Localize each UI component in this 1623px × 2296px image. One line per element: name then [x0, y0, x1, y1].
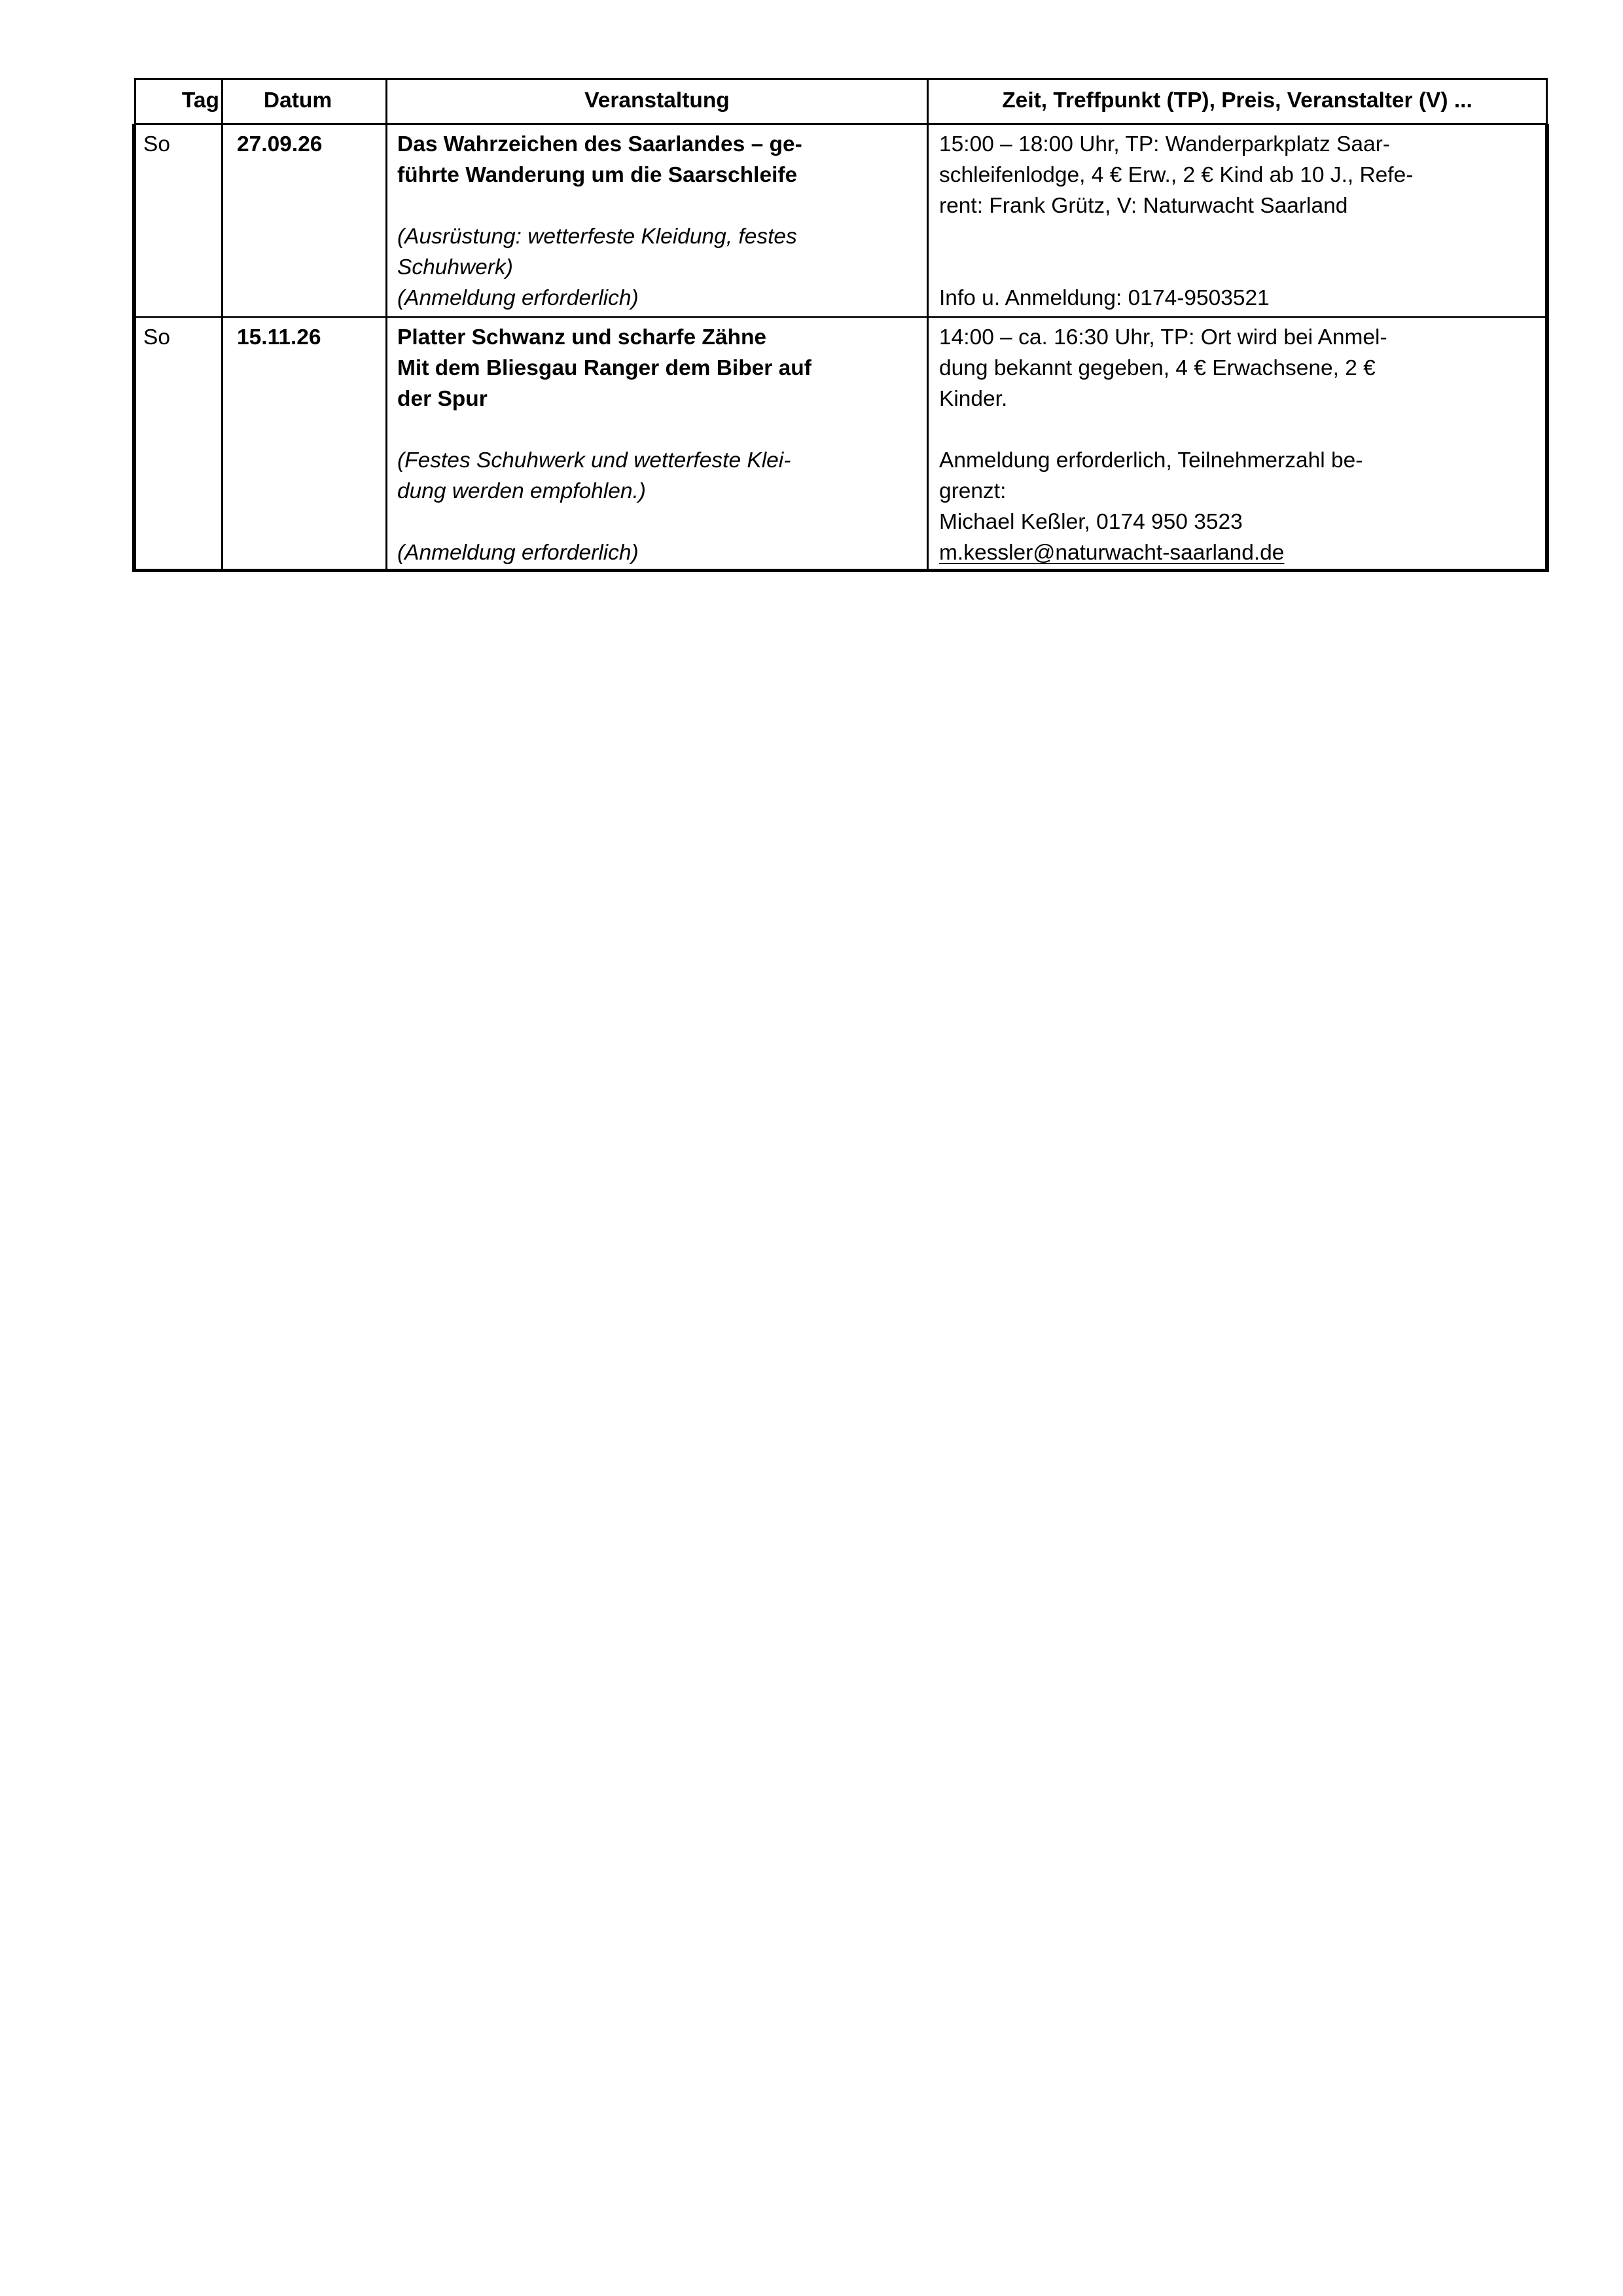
- cell-text-line: der Spur: [397, 384, 811, 414]
- col-divider-2: [385, 78, 387, 570]
- cell-details: 14:00 – ca. 16:30 Uhr, TP: Ort wird bei …: [939, 322, 1387, 568]
- cell-text-line: (Anmeldung erforderlich): [397, 537, 811, 568]
- blank-line: [939, 221, 1413, 252]
- blank-line: [397, 507, 811, 537]
- table-border-bottom: [132, 569, 1548, 572]
- cell-text-line: (Ausrüstung: wetterfeste Kleidung, feste…: [397, 221, 802, 252]
- cell-text-line: Anmeldung erforderlich, Teilnehmerzahl b…: [939, 445, 1387, 476]
- blank-line: [939, 252, 1413, 283]
- cell-text-line: schleifenlodge, 4 € Erw., 2 € Kind ab 10…: [939, 160, 1413, 190]
- header-tag: Tag: [160, 78, 219, 124]
- cell-text-line: dung werden empfohlen.): [397, 476, 811, 507]
- blank-line: [397, 190, 802, 221]
- cell-text-line: rent: Frank Grütz, V: Naturwacht Saarlan…: [939, 190, 1413, 221]
- header-datum: Datum: [223, 78, 372, 124]
- cell-text-line: grenzt:: [939, 476, 1387, 507]
- cell-text-line: Schuhwerk): [397, 252, 802, 283]
- table-border-left-header: [134, 78, 136, 125]
- cell-text-line: (Festes Schuhwerk und wetterfeste Klei-: [397, 445, 811, 476]
- cell-text-line: Michael Keßler, 0174 950 3523: [939, 507, 1387, 537]
- col-divider-3: [927, 78, 929, 570]
- document-page: Tag Datum Veranstaltung Zeit, Treffpunkt…: [0, 0, 1623, 2296]
- cell-event: Platter Schwanz und scharfe ZähneMit dem…: [397, 322, 811, 568]
- cell-details: 15:00 – 18:00 Uhr, TP: Wanderparkplatz S…: [939, 129, 1413, 314]
- cell-text-line: führte Wanderung um die Saarschleife: [397, 160, 802, 190]
- cell-text-line: Info u. Anmeldung: 0174-9503521: [939, 283, 1413, 314]
- blank-line: [397, 414, 811, 445]
- cell-text-line: Mit dem Bliesgau Ranger dem Biber auf: [397, 353, 811, 384]
- row-divider: [134, 316, 1548, 318]
- header-details: Zeit, Treffpunkt (TP), Preis, Veranstalt…: [929, 78, 1546, 124]
- cell-text-line: (Anmeldung erforderlich): [397, 283, 802, 314]
- header-veranstaltung: Veranstaltung: [387, 78, 927, 124]
- email-link[interactable]: m.kessler@naturwacht-saarland.de: [939, 537, 1387, 568]
- cell-datum: 27.09.26: [237, 129, 322, 160]
- cell-datum: 15.11.26: [237, 322, 321, 353]
- table-border-right: [1545, 124, 1549, 572]
- cell-tag: So: [143, 322, 170, 353]
- table-border-right-header: [1546, 78, 1548, 125]
- events-table: Tag Datum Veranstaltung Zeit, Treffpunkt…: [134, 78, 1546, 570]
- cell-tag: So: [143, 129, 170, 160]
- blank-line: [939, 414, 1387, 445]
- cell-text-line: Kinder.: [939, 384, 1387, 414]
- cell-text-line: Platter Schwanz und scharfe Zähne: [397, 322, 811, 353]
- col-divider-1: [221, 78, 223, 570]
- cell-event: Das Wahrzeichen des Saarlandes – ge-führ…: [397, 129, 802, 314]
- table-border-left: [132, 124, 136, 572]
- cell-text-line: 14:00 – ca. 16:30 Uhr, TP: Ort wird bei …: [939, 322, 1387, 353]
- cell-text-line: Das Wahrzeichen des Saarlandes – ge-: [397, 129, 802, 160]
- cell-text-line: dung bekannt gegeben, 4 € Erwachsene, 2 …: [939, 353, 1387, 384]
- cell-text-line: 15:00 – 18:00 Uhr, TP: Wanderparkplatz S…: [939, 129, 1413, 160]
